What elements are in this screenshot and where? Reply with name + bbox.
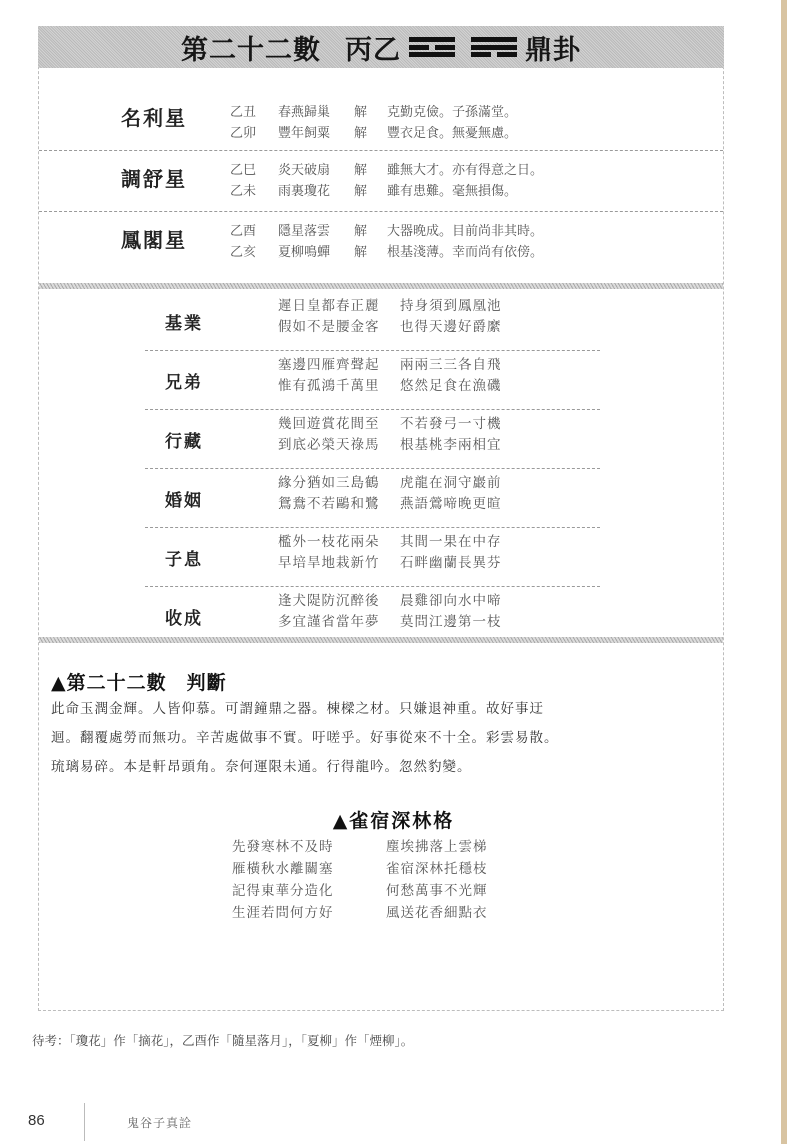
ganzhi: 乙丑 bbox=[230, 102, 278, 123]
star-line: 乙酉隱星落雲解大器晚成。目前尚非其時。 bbox=[230, 221, 543, 242]
verse-half: 石畔幽蘭長異芬 bbox=[400, 553, 502, 574]
ganzhi: 乙酉 bbox=[230, 221, 278, 242]
line-title: 隱星落雲 bbox=[278, 221, 354, 242]
ganzhi: 乙卯 bbox=[230, 123, 278, 144]
star-line: 乙丑春燕歸巢解克勤克儉。子孫滿堂。 bbox=[230, 102, 517, 123]
verse-half: 雁橫秋水離關塞 bbox=[232, 858, 386, 880]
aspect-row: 基業 遲日皇都春正麗持身須到鳳凰池 假如不是腰金客也得天邊好爵縻 bbox=[145, 292, 600, 351]
verse-half: 持身須到鳳凰池 bbox=[400, 296, 502, 317]
star-row: 名利星 乙丑春燕歸巢解克勤克儉。子孫滿堂。 乙卯豐年飼粟解豐衣足食。無憂無慮。 bbox=[39, 68, 723, 151]
aspect-row: 兄弟 塞邊四雁齊聲起兩兩三三各自飛 惟有孤鴻千萬里悠然足食在漁磯 bbox=[145, 351, 600, 410]
verse-line: 緣分猶如三島鶴虎龍在洞守巖前 bbox=[278, 473, 502, 494]
aspect-row: 婚姻 緣分猶如三島鶴虎龍在洞守巖前 鴛鴦不若鷗和鷺燕語鶯啼晚更暄 bbox=[145, 469, 600, 528]
stems-label: 丙乙 bbox=[345, 28, 401, 67]
jie-label: 解 bbox=[354, 181, 387, 202]
line-title: 夏柳鳴蟬 bbox=[278, 242, 354, 263]
verse-line: 鴛鴦不若鷗和鷺燕語鶯啼晚更暄 bbox=[278, 494, 502, 515]
trigram-xun-icon bbox=[471, 37, 517, 57]
star-line: 乙亥夏柳鳴蟬解根基淺薄。幸而尚有依傍。 bbox=[230, 242, 543, 263]
jie-label: 解 bbox=[354, 102, 387, 123]
poem-verses: 先發寒林不及時塵埃拂落上雲梯 雁橫秋水離關塞雀宿深林托穩枝 記得東華分造化何愁萬… bbox=[232, 836, 488, 924]
number-title: 第二十二數 bbox=[181, 28, 321, 67]
verse-half: 多宜謹省當年夢 bbox=[278, 612, 400, 633]
star-line: 乙巳炎天破扇解雖無大才。亦有得意之日。 bbox=[230, 160, 543, 181]
verse-half: 風送花香細點衣 bbox=[386, 902, 488, 924]
verse-half: 先發寒林不及時 bbox=[232, 836, 386, 858]
verse-half: 生涯若問何方好 bbox=[232, 902, 386, 924]
star-line: 乙卯豐年飼粟解豐衣足食。無憂無慮。 bbox=[230, 123, 517, 144]
verse-half: 早培旱地栽新竹 bbox=[278, 553, 400, 574]
verse-half: 何愁萬事不光輝 bbox=[386, 880, 488, 902]
judgment-line: 迴。翻覆處勞而無功。辛苦處做事不實。吁嗟乎。好事從來不十全。彩雲易散。 bbox=[51, 724, 716, 753]
judgment-line: 琉璃易碎。本是軒昂頭角。奈何運限未通。行得龍吟。忽然豹變。 bbox=[51, 753, 716, 782]
verse-half: 不若發弓一寸機 bbox=[400, 414, 502, 435]
aspect-name: 子息 bbox=[165, 545, 203, 570]
jie-label: 解 bbox=[354, 242, 387, 263]
verse-line: 多宜謹省當年夢莫問江邊第一枝 bbox=[278, 612, 502, 633]
line-desc: 雖有患難。毫無損傷。 bbox=[387, 181, 517, 202]
verse-line: 遲日皇都春正麗持身須到鳳凰池 bbox=[278, 296, 502, 317]
star-row: 鳳閣星 乙酉隱星落雲解大器晚成。目前尚非其時。 乙亥夏柳鳴蟬解根基淺薄。幸而尚有… bbox=[39, 212, 723, 272]
footer-divider bbox=[84, 1103, 85, 1141]
jie-label: 解 bbox=[354, 221, 387, 242]
line-desc: 克勤克儉。子孫滿堂。 bbox=[387, 102, 517, 123]
line-title: 炎天破扇 bbox=[278, 160, 354, 181]
verse-line: 檻外一枝花兩朵其間一果在中存 bbox=[278, 532, 502, 553]
star-section: 名利星 乙丑春燕歸巢解克勤克儉。子孫滿堂。 乙卯豐年飼粟解豐衣足食。無憂無慮。 … bbox=[39, 68, 723, 272]
verse-half: 幾回遊賞花間至 bbox=[278, 414, 400, 435]
star-line: 乙未雨裏瓊花解雖有患難。毫無損傷。 bbox=[230, 181, 543, 202]
verse-half: 也得天邊好爵縻 bbox=[400, 317, 502, 338]
star-name: 調舒星 bbox=[121, 163, 187, 192]
verse-half: 假如不是腰金客 bbox=[278, 317, 400, 338]
poem-line: 生涯若問何方好風送花香細點衣 bbox=[232, 902, 488, 924]
aspect-name: 婚姻 bbox=[165, 486, 203, 511]
footnote: 待考：「瓊花」作「摘花」，乙酉作「隨星落月」，「夏柳」作「煙柳」。 bbox=[32, 1031, 413, 1049]
section-divider bbox=[39, 283, 723, 289]
poem-heading: ▲雀宿深林格 bbox=[0, 806, 787, 833]
book-title: 鬼谷子真詮 bbox=[127, 1114, 192, 1131]
verse-line: 早培旱地栽新竹石畔幽蘭長異芬 bbox=[278, 553, 502, 574]
verse-half: 遲日皇都春正麗 bbox=[278, 296, 400, 317]
verse-half: 根基桃李兩相宜 bbox=[400, 435, 502, 456]
aspect-row: 子息 檻外一枝花兩朵其間一果在中存 早培旱地栽新竹石畔幽蘭長異芬 bbox=[145, 528, 600, 587]
page-title-bar: 第二十二數 丙乙 鼎卦 bbox=[38, 26, 724, 68]
judgment-line: 此命玉潤金輝。人皆仰慕。可謂鐘鼎之器。棟樑之材。只嫌退神重。故好事迂 bbox=[51, 695, 716, 724]
verse-half: 檻外一枝花兩朵 bbox=[278, 532, 400, 553]
verse-half: 虎龍在洞守巖前 bbox=[400, 473, 502, 494]
aspect-section: 基業 遲日皇都春正麗持身須到鳳凰池 假如不是腰金客也得天邊好爵縻 兄弟 塞邊四雁… bbox=[39, 292, 723, 645]
verse-line: 幾回遊賞花間至不若發弓一寸機 bbox=[278, 414, 502, 435]
page-number: 86 bbox=[28, 1112, 45, 1129]
verse-half: 到底必榮天祿馬 bbox=[278, 435, 400, 456]
star-row: 調舒星 乙巳炎天破扇解雖無大才。亦有得意之日。 乙未雨裏瓊花解雖有患難。毫無損傷… bbox=[39, 151, 723, 212]
verse-half: 悠然足食在漁磯 bbox=[400, 376, 502, 397]
ganzhi: 乙未 bbox=[230, 181, 278, 202]
verse-half: 晨雞卻向水中啼 bbox=[400, 591, 502, 612]
verse-line: 惟有孤鴻千萬里悠然足食在漁磯 bbox=[278, 376, 502, 397]
star-name: 鳳閣星 bbox=[121, 224, 187, 253]
line-title: 雨裏瓊花 bbox=[278, 181, 354, 202]
poem-line: 雁橫秋水離關塞雀宿深林托穩枝 bbox=[232, 858, 488, 880]
aspect-name: 兄弟 bbox=[165, 368, 203, 393]
page-edge-strip bbox=[781, 0, 787, 1144]
line-desc: 豐衣足食。無憂無慮。 bbox=[387, 123, 517, 144]
verse-line: 到底必榮天祿馬根基桃李兩相宜 bbox=[278, 435, 502, 456]
verse-half: 塵埃拂落上雲梯 bbox=[386, 836, 488, 858]
verse-half: 鴛鴦不若鷗和鷺 bbox=[278, 494, 400, 515]
triangle-marker-icon: ▲ bbox=[51, 672, 67, 694]
verse-half: 燕語鶯啼晚更暄 bbox=[400, 494, 502, 515]
ganzhi: 乙亥 bbox=[230, 242, 278, 263]
jie-label: 解 bbox=[354, 123, 387, 144]
jie-label: 解 bbox=[354, 160, 387, 181]
poem-line: 先發寒林不及時塵埃拂落上雲梯 bbox=[232, 836, 488, 858]
verse-half: 逢犬隄防沉醉後 bbox=[278, 591, 400, 612]
ganzhi: 乙巳 bbox=[230, 160, 278, 181]
judgment-subtitle: 判斷 bbox=[187, 672, 227, 694]
aspect-name: 收成 bbox=[165, 604, 203, 629]
verse-line: 逢犬隄防沉醉後晨雞卻向水中啼 bbox=[278, 591, 502, 612]
judgment-heading: ▲第二十二數判斷 bbox=[51, 668, 227, 695]
verse-half: 緣分猶如三島鶴 bbox=[278, 473, 400, 494]
verse-half: 其間一果在中存 bbox=[400, 532, 502, 553]
verse-half: 惟有孤鴻千萬里 bbox=[278, 376, 400, 397]
line-desc: 根基淺薄。幸而尚有依傍。 bbox=[387, 242, 543, 263]
verse-line: 假如不是腰金客也得天邊好爵縻 bbox=[278, 317, 502, 338]
line-desc: 大器晚成。目前尚非其時。 bbox=[387, 221, 543, 242]
verse-half: 莫問江邊第一枝 bbox=[400, 612, 502, 633]
verse-line: 塞邊四雁齊聲起兩兩三三各自飛 bbox=[278, 355, 502, 376]
verse-half: 雀宿深林托穩枝 bbox=[386, 858, 488, 880]
line-desc: 雖無大才。亦有得意之日。 bbox=[387, 160, 543, 181]
trigram-li-icon bbox=[409, 37, 455, 57]
poem-line: 記得東華分造化何愁萬事不光輝 bbox=[232, 880, 488, 902]
hexagram-name: 鼎卦 bbox=[525, 28, 581, 67]
verse-half: 記得東華分造化 bbox=[232, 880, 386, 902]
aspect-row: 行藏 幾回遊賞花間至不若發弓一寸機 到底必榮天祿馬根基桃李兩相宜 bbox=[145, 410, 600, 469]
section-divider bbox=[39, 637, 723, 643]
judgment-text: 此命玉潤金輝。人皆仰慕。可謂鐘鼎之器。棟樑之材。只嫌退神重。故好事迂 迴。翻覆處… bbox=[51, 695, 716, 782]
verse-half: 兩兩三三各自飛 bbox=[400, 355, 502, 376]
aspect-name: 行藏 bbox=[165, 427, 203, 452]
line-title: 春燕歸巢 bbox=[278, 102, 354, 123]
verse-half: 塞邊四雁齊聲起 bbox=[278, 355, 400, 376]
judgment-number: 第二十二數 bbox=[67, 672, 167, 694]
aspect-name: 基業 bbox=[165, 309, 203, 334]
star-name: 名利星 bbox=[121, 102, 187, 131]
line-title: 豐年飼粟 bbox=[278, 123, 354, 144]
